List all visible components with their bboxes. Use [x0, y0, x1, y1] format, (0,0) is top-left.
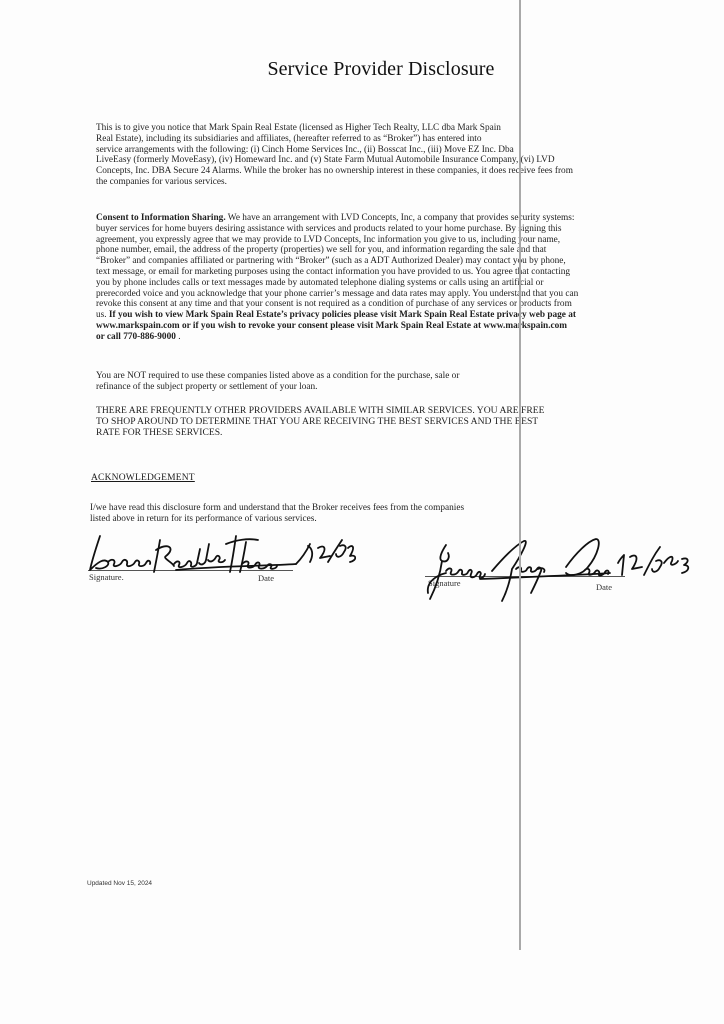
- caps-notice-paragraph: THERE ARE FREQUENTLY OTHER PROVIDERS AVA…: [96, 405, 656, 439]
- page-title: Service Provider Disclosure: [0, 58, 724, 81]
- text-line: “Broker” and companies affiliated or par…: [96, 256, 656, 267]
- text-line: TO SHOP AROUND TO DETERMINE THAT YOU ARE…: [96, 416, 656, 427]
- text-line: the companies for various services.: [96, 177, 656, 188]
- acknowledgement-heading: ACKNOWLEDGEMENT: [91, 473, 195, 483]
- handwritten-signature-2[interactable]: [420, 535, 700, 605]
- text-line: revoke this consent at any time and that…: [96, 299, 656, 310]
- text-line: service arrangements with the following:…: [96, 145, 656, 156]
- text-line: THERE ARE FREQUENTLY OTHER PROVIDERS AVA…: [96, 405, 656, 416]
- text-line: RATE FOR THESE SERVICES.: [96, 427, 656, 438]
- not-required-paragraph: You are NOT required to use these compan…: [96, 371, 656, 393]
- updated-date: Updated Nov 15, 2024: [87, 880, 152, 887]
- text-line: LiveEasy (formerly MoveEasy), (iv) Homew…: [96, 155, 656, 166]
- text-line: refinance of the subject property or set…: [96, 382, 656, 393]
- text-line: Consent to Information Sharing. We have …: [96, 213, 656, 224]
- scan-artifact-line: [519, 0, 521, 950]
- text-span: .: [176, 332, 181, 342]
- text-line: Real Estate), including its subsidiaries…: [96, 134, 656, 145]
- text-line: buyer services for home buyers desiring …: [96, 224, 656, 235]
- text-line: you by phone includes calls or text mess…: [96, 278, 656, 289]
- consent-heading: Consent to Information Sharing.: [96, 213, 226, 223]
- text-line: Concepts, Inc. DBA Secure 24 Alarms. Whi…: [96, 166, 656, 177]
- text-line: or call 770-886-9000 .: [96, 332, 656, 343]
- consent-paragraph: Consent to Information Sharing. We have …: [96, 213, 656, 343]
- text-line: listed above in return for its performan…: [90, 514, 650, 525]
- document-page: Service Provider Disclosure This is to g…: [0, 0, 724, 1024]
- privacy-notice: If you wish to view Mark Spain Real Esta…: [109, 310, 576, 320]
- phone-number: or call 770-886-9000: [96, 332, 176, 342]
- text-line: phone number, email, the address of the …: [96, 245, 656, 256]
- text-line: prerecorded voice and you acknowledge th…: [96, 289, 656, 300]
- text-span: We have an arrangement with LVD Concepts…: [226, 213, 575, 223]
- text-line: You are NOT required to use these compan…: [96, 371, 656, 382]
- text-line: agreement, you expressly agree that we m…: [96, 235, 656, 246]
- text-line: us. If you wish to view Mark Spain Real …: [96, 310, 656, 321]
- revoke-consent-line: www.markspain.com or if you wish to revo…: [96, 321, 656, 332]
- handwritten-signature-1[interactable]: [86, 528, 356, 578]
- acknowledgement-paragraph: I/we have read this disclosure form and …: [90, 503, 650, 525]
- title-text: Service Provider Disclosure: [267, 58, 494, 80]
- text-span: us.: [96, 310, 109, 320]
- text-line: This is to give you notice that Mark Spa…: [96, 123, 656, 134]
- text-line: text message, or email for marketing pur…: [96, 267, 656, 278]
- text-line: I/we have read this disclosure form and …: [90, 503, 650, 514]
- intro-paragraph: This is to give you notice that Mark Spa…: [96, 123, 656, 188]
